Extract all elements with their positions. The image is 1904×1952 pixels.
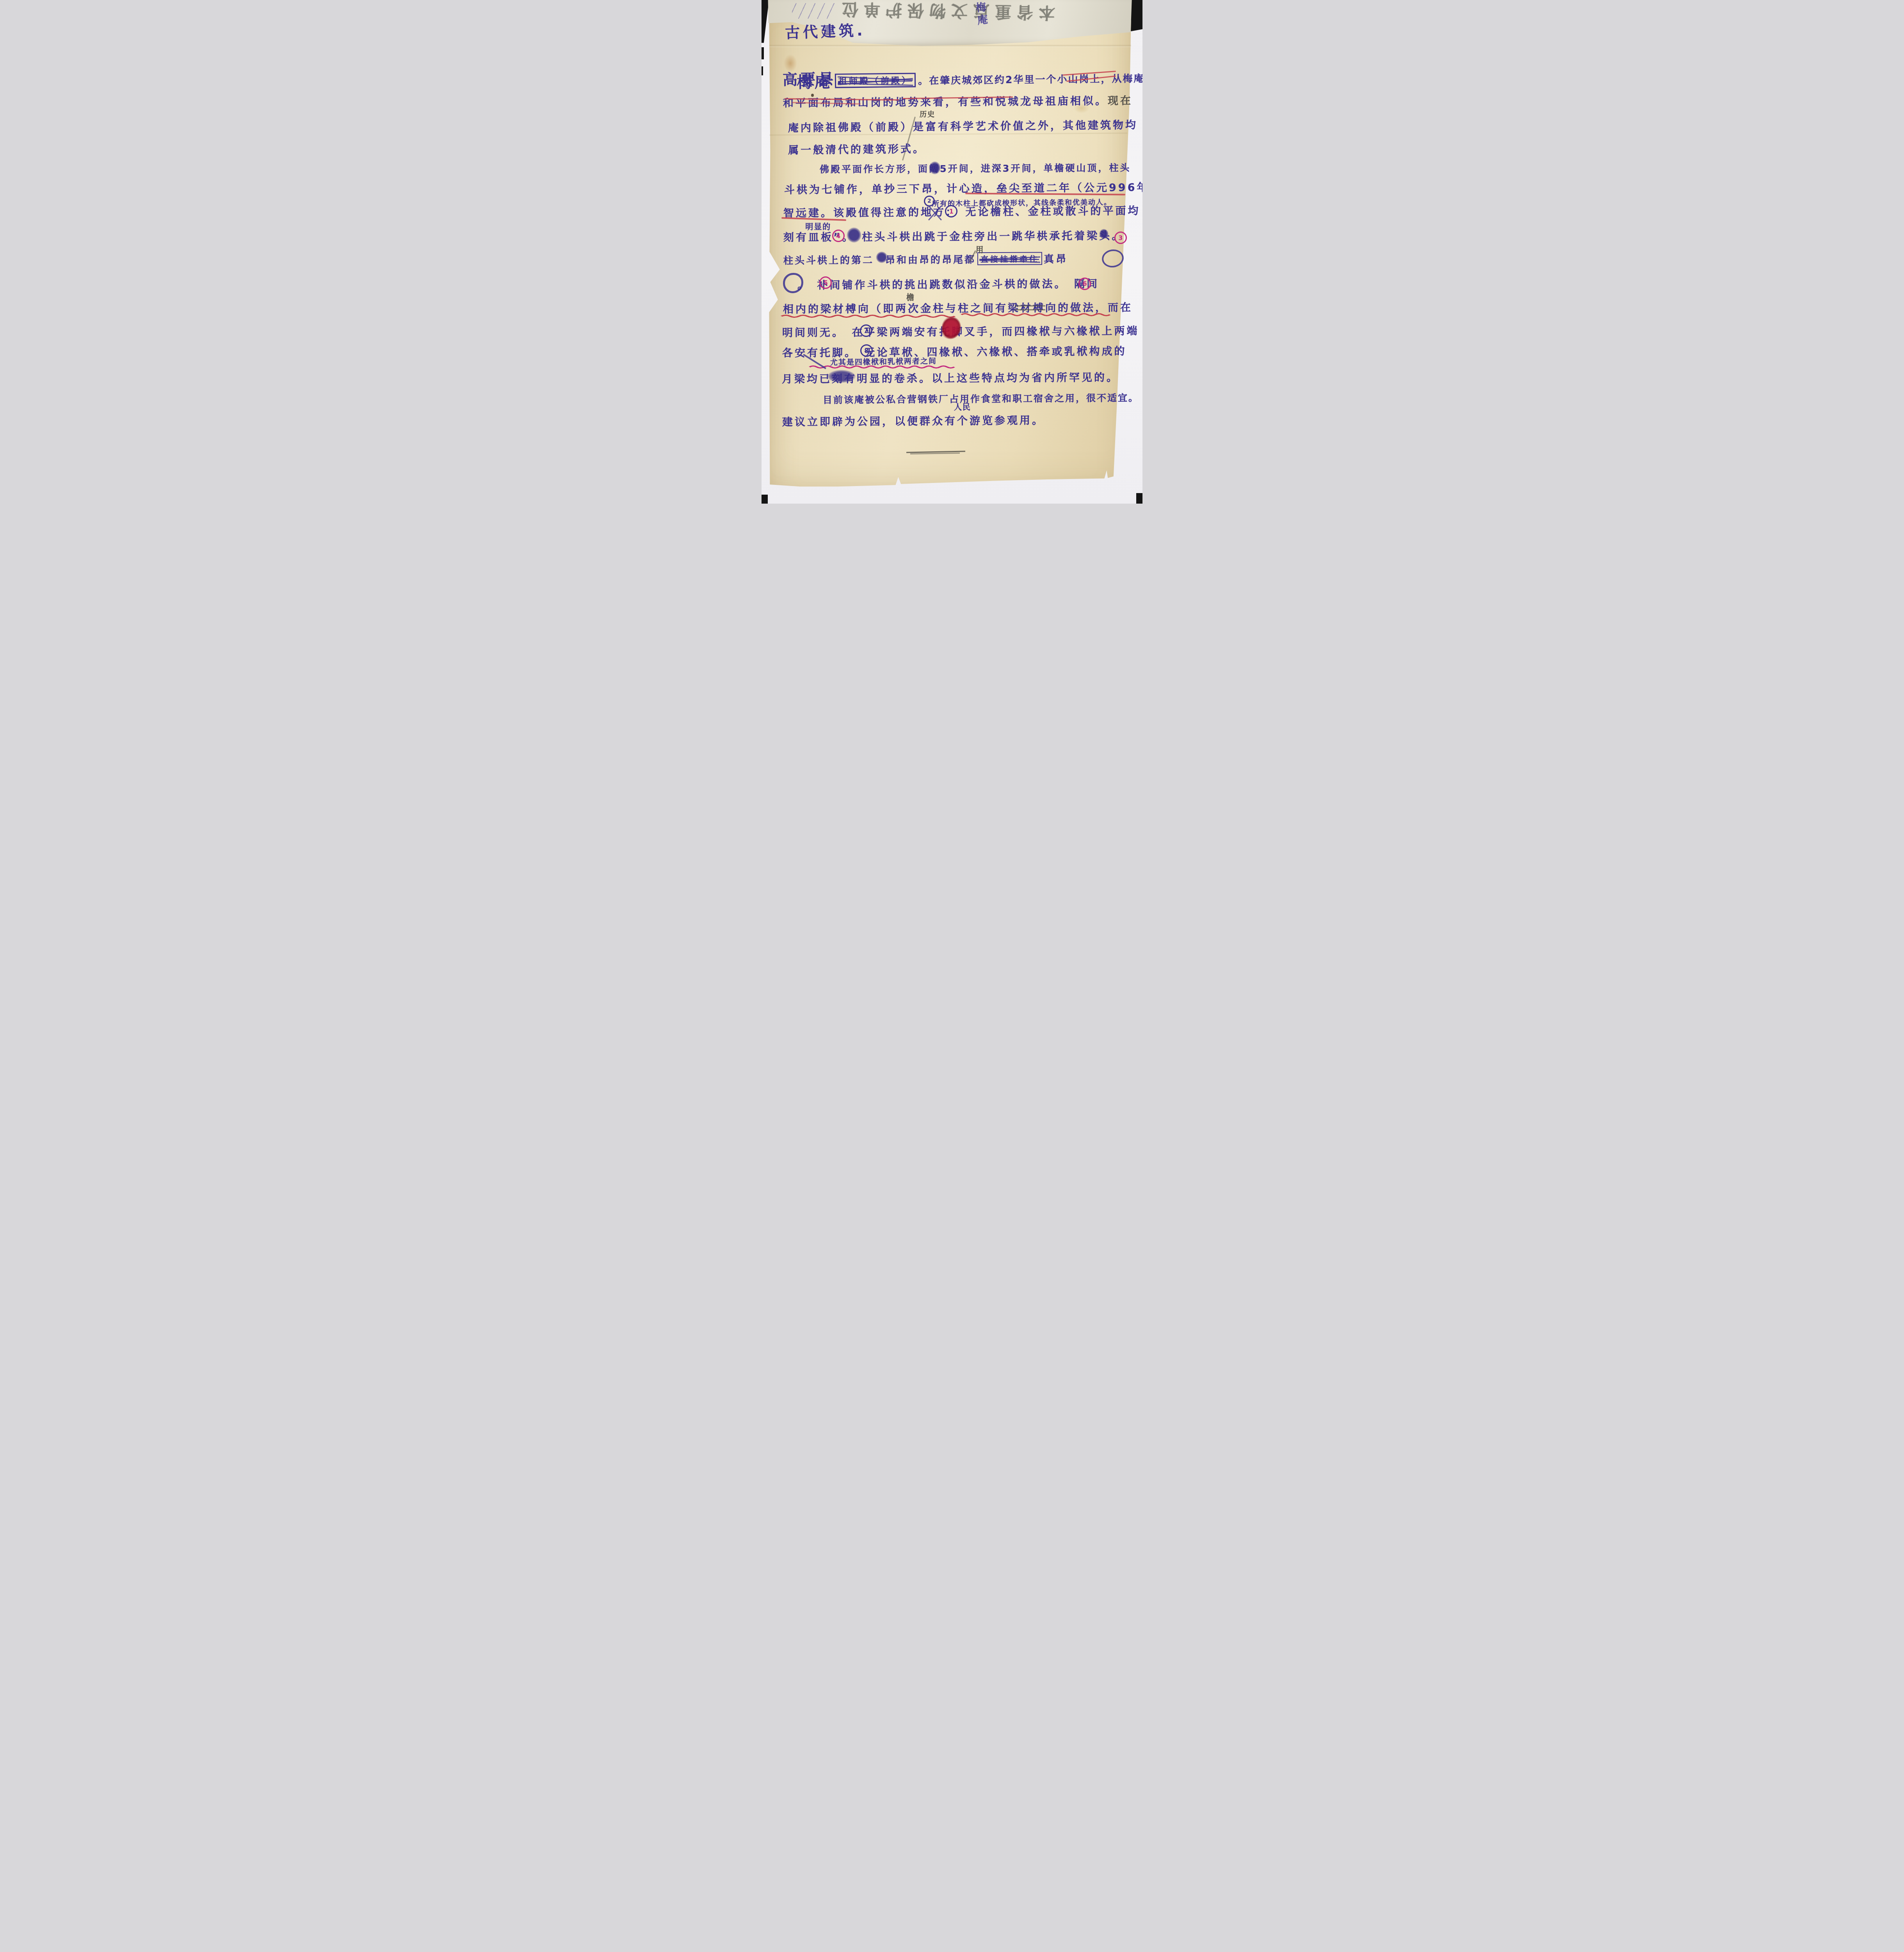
insert-yong: 用 xyxy=(976,244,984,255)
ink-blot-line8-end xyxy=(1099,229,1109,239)
p3-line1: 目前该庵被公私合营钢铁厂占用作食堂和职工宿舍之用，很不适宜。 xyxy=(823,390,1139,406)
scanned-manuscript-page: 本省重点文物保护单位 梅庵 古代建筑. 高要县. 梅庵 祖师殿（前殿） 。在肇庆… xyxy=(762,0,1142,504)
p2-line5: 柱头斗栱上的第二 昂和由昂的昂尾都 直接挂搭牵住 真昂 xyxy=(783,251,1068,267)
badge-circled-4: 4 xyxy=(832,230,845,242)
p1-line1-post: 。在肇庆城郊区约2华里一个小山岗上，从梅庵 xyxy=(918,71,1142,87)
ink-scuff-marks xyxy=(792,3,835,19)
p3-line2: 建议立即辟为公园，以便群众有个游览参观用。 xyxy=(782,411,1045,429)
scan-corner-top-left xyxy=(762,0,769,43)
ink-scribble-line14 xyxy=(827,370,856,383)
pencil-strike-line7 xyxy=(1015,305,1045,306)
ink-blot-line5 xyxy=(929,161,941,175)
scan-corner-bottom-left xyxy=(762,495,768,504)
p1-line1: 梅庵 祖师殿（前殿） 。在肇庆城郊区约2华里一个小山岗上，从梅庵 xyxy=(797,67,1142,93)
p1-line3-pencil-insert: 历史 xyxy=(920,109,935,119)
p1-line1-boxed-strikeout: 祖师殿（前殿） xyxy=(835,73,916,88)
p2-line6: 。 补间铺作斗栱的挑出跳数似沿金斗栱的做法。 隔间 xyxy=(797,275,1099,292)
p2-line3: 智远建。该殿值得注意的地方： 无论檐柱、金柱或散斗的平面均 xyxy=(783,202,1141,220)
p1-line1-pre: 梅庵 xyxy=(797,70,833,93)
ink-blot-line9 xyxy=(876,251,888,263)
p1-line2: 和平面布局和山岗的地势来看，有些和悦城龙母祖庙相似。现在 xyxy=(783,92,1133,110)
badge-circled-8: 8 xyxy=(860,344,873,357)
p2-line1: 佛殿平面作长方形，面阔5开间，进深3开间，单檐硬山顶，柱头 xyxy=(820,160,1131,175)
badge-circled-7: 7 xyxy=(860,324,872,337)
p1-line3: 庵内除祖佛殿（前殿）是富有科学艺术价值之外，其他建筑物均 xyxy=(788,116,1138,135)
insert-renmin: 人民 xyxy=(954,401,971,412)
p2-line5-boxed-strikeout: 直接挂搭牵住 xyxy=(977,252,1042,265)
p2-line5-post: 真昂 xyxy=(1044,251,1068,265)
scan-edge-mark-left-2 xyxy=(762,66,763,75)
insert-yan: 檐 xyxy=(906,291,915,303)
printed-header-mirrored-text: 本省重点文物保护单位 xyxy=(864,0,1055,26)
red-wavy-underline-1 xyxy=(781,314,955,318)
scan-corner-bottom-right xyxy=(1136,493,1142,504)
red-wavy-underline-2 xyxy=(961,313,1110,317)
page-title: 古代建筑. xyxy=(785,18,866,43)
pencil-strike-line7b xyxy=(1015,309,1045,310)
badge-circled-6: 6 xyxy=(1078,278,1091,290)
p1-line4: 属一般清代的建筑形式。 xyxy=(788,140,925,157)
badge-circled-3: 3 xyxy=(1114,232,1127,244)
magenta-wavy-underline xyxy=(810,365,954,369)
p1-line2-pencil-addition: 现在 xyxy=(1108,95,1133,107)
scan-edge-mark-left-1 xyxy=(762,47,764,59)
ink-blot-line8 xyxy=(847,227,861,243)
handwritten-note-top: 梅庵 xyxy=(972,1,990,28)
